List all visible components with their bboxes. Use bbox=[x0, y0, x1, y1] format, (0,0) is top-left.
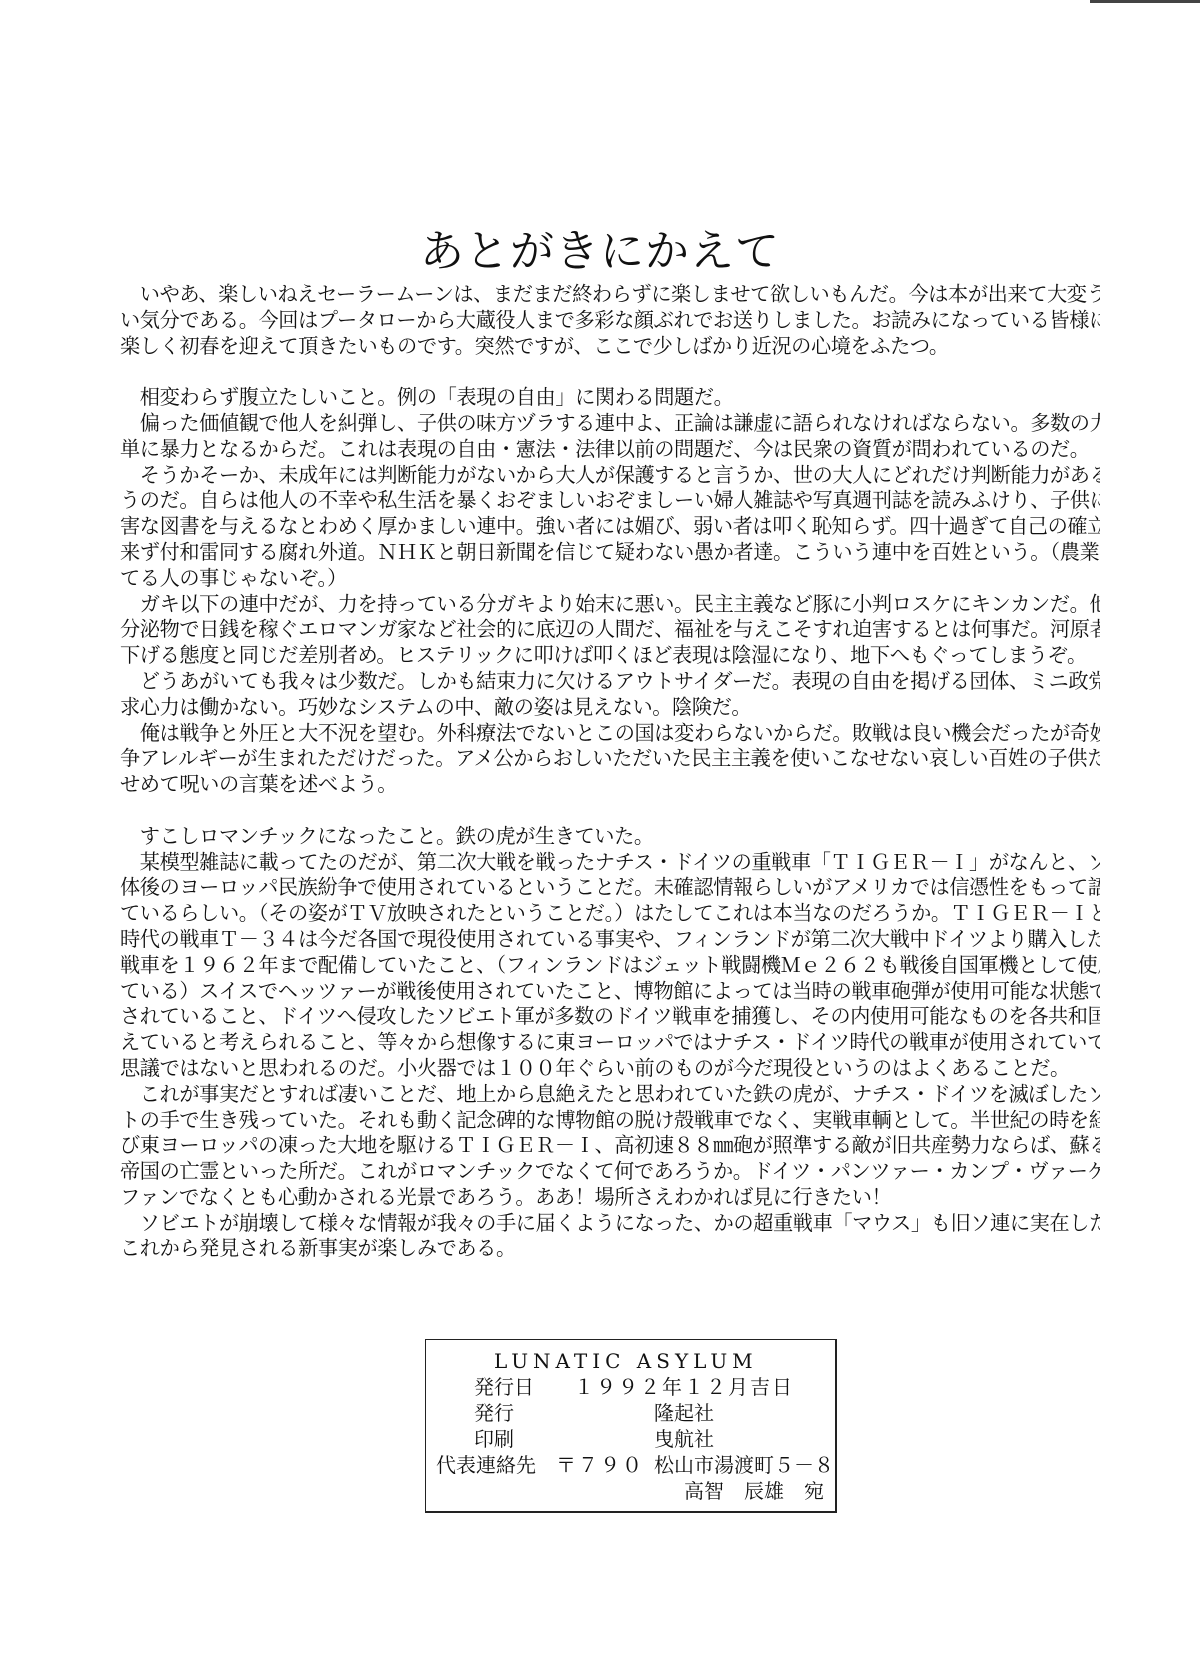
colophon-value-address: 松山市湯渡町５－８ bbox=[654, 1452, 834, 1478]
colophon-label-contact: 代表連絡先 bbox=[436, 1452, 536, 1478]
colophon-value-postal-code: 〒７９０ bbox=[556, 1452, 644, 1478]
page-title: あとがきにかえて bbox=[0, 215, 1200, 279]
text-line: ガキ以下の連中だが、力を持っている分ガキより始末に悪い。民主主義など豚に小判ロス… bbox=[120, 592, 1100, 618]
text-line: ファンでなくとも心動かされる光景であろう。ああ！場所さえわかれば見に行きたい！ bbox=[120, 1185, 1100, 1211]
text-line: び東ヨーロッパの凍った大地を駆けるＴＩＧＥＲ－Ｉ、高初速８８㎜砲が照準する敵が旧… bbox=[120, 1133, 1100, 1159]
text-line: えていると考えられること、等々から想像するに東ヨーロッパではナチス・ドイツ時代の… bbox=[120, 1030, 1100, 1056]
text-line: 害な図書を与えるなとわめく厚かましい連中。強い者には媚び、弱い者は叩く恥知らず。… bbox=[120, 514, 1100, 540]
text-line: 俺は戦争と外圧と大不況を望む。外科療法でないとこの国は変わらないからだ。敗戦は良… bbox=[120, 721, 1100, 747]
colophon-label-publisher: 発行 bbox=[474, 1400, 514, 1426]
text-line: どうあがいても我々は少数だ。しかも結束力に欠けるアウトサイダーだ。表現の自由を掲… bbox=[120, 669, 1100, 695]
text-line: 帝国の亡霊といった所だ。これがロマンチックでなくて何であろうか。ドイツ・パンツァ… bbox=[120, 1159, 1100, 1185]
colophon-label-printer: 印刷 bbox=[474, 1426, 514, 1452]
colophon-title: LUNATIC ASYLUM bbox=[494, 1348, 758, 1374]
text-line: 体後のヨーロッパ民族紛争で使用されているということだ。未確認情報らしいがアメリカ… bbox=[120, 875, 1100, 901]
text-line: トの手で生き残っていた。それも動く記念碑的な博物館の脱け殻戦車でなく、実戦車輌と… bbox=[120, 1108, 1100, 1134]
text-line: 争アレルギーが生まれただけだった。アメ公からおしいただいた民主主義を使いこなせな… bbox=[120, 746, 1100, 772]
text-line: ているらしい。（その姿がＴＶ放映されたということだ。）はたしてこれは本当なのだろ… bbox=[120, 901, 1100, 927]
text-line: ソビエトが崩壊して様々な情報が我々の手に届くようになった、かの超重戦車「マウス」… bbox=[120, 1211, 1100, 1237]
text-line: 思議ではないと思われるのだ。小火器では１００年ぐらい前のものが今だ現役というのは… bbox=[120, 1056, 1100, 1082]
text-line: 相変わらず腹立たしいこと。例の「表現の自由」に関わる問題だ。 bbox=[120, 385, 1100, 411]
colophon-value-recipient: 高智 辰雄 宛 bbox=[684, 1478, 824, 1504]
text-line: 単に暴力となるからだ。これは表現の自由・憲法・法律以前の問題だ、今は民衆の資質が… bbox=[120, 437, 1100, 463]
paragraph-intro: いやあ、楽しいねえセーラームーンは、まだまだ終わらずに楽しませて欲しいもんだ。今… bbox=[120, 282, 1100, 359]
text-line: せめて呪いの言葉を述べよう。 bbox=[120, 772, 1100, 798]
text-line: 下げる態度と同じだ差別者め。ヒステリックに叩けば叩くほど表現は陰湿になり、地下へ… bbox=[120, 643, 1100, 669]
text-line: てる人の事じゃないぞ。） bbox=[120, 566, 1100, 592]
text-line: そうかそーか、未成年には判断能力がないから大人が保護すると言うか、世の大人にどれ… bbox=[120, 463, 1100, 489]
text-line: 来ず付和雷同する腐れ外道。ＮＨＫと朝日新聞を信じて疑わない愚か者達。こういう連中… bbox=[120, 540, 1100, 566]
colophon-box: LUNATIC ASYLUM 発行日 １９９２年１２月吉日 発行 隆起社 印刷 … bbox=[425, 1339, 837, 1513]
afterword-body: いやあ、楽しいねえセーラームーンは、まだまだ終わらずに楽しませて欲しいもんだ。今… bbox=[120, 282, 1100, 1262]
colophon-label-issue-date: 発行日 bbox=[474, 1374, 534, 1400]
text-line: ている）スイスでヘッツァーが戦後使用されていたこと、博物館によっては当時の戦車砲… bbox=[120, 979, 1100, 1005]
text-line: 戦車を１９６２年まで配備していたこと、（フィンランドはジェット戦闘機Ｍｅ２６２も… bbox=[120, 953, 1100, 979]
paragraph-tiger-tank: すこしロマンチックになったこと。鉄の虎が生きていた。 某模型雑誌に載ってたのだが… bbox=[120, 824, 1100, 1263]
text-line: いやあ、楽しいねえセーラームーンは、まだまだ終わらずに楽しませて欲しいもんだ。今… bbox=[120, 282, 1100, 308]
text-line: これが事実だとすれば凄いことだ、地上から息絶えたと思われていた鉄の虎が、ナチス・… bbox=[120, 1082, 1100, 1108]
text-line: 偏った価値観で他人を糾弾し、子供の味方ヅラする連中よ、正論は謙虚に語られなければ… bbox=[120, 411, 1100, 437]
colophon-value-issue-date: １９９２年１２月吉日 bbox=[574, 1374, 794, 1400]
colophon-value-printer: 曳航社 bbox=[654, 1426, 714, 1452]
scan-edge-mark bbox=[1090, 0, 1200, 3]
text-line: 某模型雑誌に載ってたのだが、第二次大戦を戦ったナチス・ドイツの重戦車「ＴＩＧＥＲ… bbox=[120, 850, 1100, 876]
text-line: い気分である。今回はプータローから大蔵役人まで多彩な顔ぶれでお送りしました。お読… bbox=[120, 308, 1100, 334]
paragraph-freedom-of-expression: 相変わらず腹立たしいこと。例の「表現の自由」に関わる問題だ。 偏った価値観で他人… bbox=[120, 385, 1100, 798]
text-line: うのだ。自らは他人の不幸や私生活を暴くおぞましいおぞましーい婦人雑誌や写真週刊誌… bbox=[120, 488, 1100, 514]
text-line: 求心力は働かない。巧妙なシステムの中、敵の姿は見えない。陰険だ。 bbox=[120, 695, 1100, 721]
text-line: すこしロマンチックになったこと。鉄の虎が生きていた。 bbox=[120, 824, 1100, 850]
text-line: 楽しく初春を迎えて頂きたいものです。突然ですが、ここで少しばかり近況の心境をふた… bbox=[120, 334, 1100, 360]
colophon-value-publisher: 隆起社 bbox=[654, 1400, 714, 1426]
text-line: 分泌物で日銭を稼ぐエロマンガ家など社会的に底辺の人間だ、福祉を与えこそすれ迫害す… bbox=[120, 617, 1100, 643]
text-line: これから発見される新事実が楽しみである。 bbox=[120, 1236, 1100, 1262]
text-line: 時代の戦車Ｔ－３４は今だ各国で現役使用されている事実や、フィンランドが第二次大戦… bbox=[120, 927, 1100, 953]
text-line: されていること、ドイツへ侵攻したソビエト軍が多数のドイツ戦車を捕獲し、その内使用… bbox=[120, 1004, 1100, 1030]
